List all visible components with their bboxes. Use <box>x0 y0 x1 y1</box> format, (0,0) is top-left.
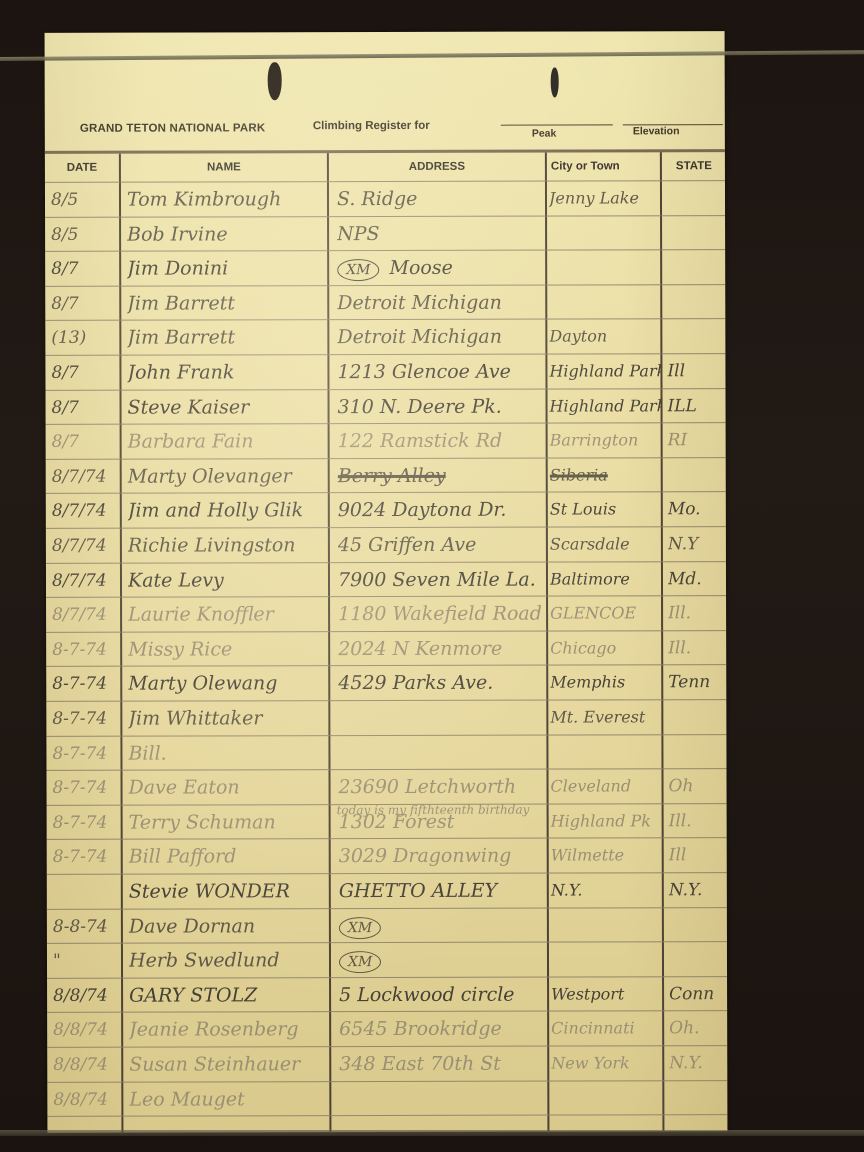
entry-date: 8/7 <box>51 255 119 283</box>
entry-address: XM <box>339 946 549 975</box>
entry-name: Bill Pafford <box>129 843 329 872</box>
entry-date: 8/8/74 <box>53 1051 121 1079</box>
entry-address: Detroit Michigan <box>337 288 547 317</box>
entry-name: Jim Whittaker <box>128 704 328 733</box>
entry-city <box>549 219 661 247</box>
entry-address: 45 Griffen Ave <box>338 531 548 560</box>
entry-name: Dave Eaton <box>129 773 329 802</box>
entry-name: Tom Kimbrough <box>127 185 327 214</box>
entry-address: XM <box>339 911 549 940</box>
entry-name: Marty Olewang <box>128 670 328 699</box>
entry-name: Jim and Holly Glik <box>128 497 328 526</box>
entry-date: 8-7-74 <box>53 774 121 802</box>
entry-state: Ill. <box>668 599 724 627</box>
entry-name: Steve Kaiser <box>128 393 328 422</box>
register-entry: 8/7Jim DoniniXMMoose <box>45 249 725 285</box>
entry-name: Jeanie Rosenberg <box>129 1016 329 1045</box>
entry-date: 8/5 <box>51 220 119 248</box>
entry-state: Oh <box>668 772 724 800</box>
column-header-name: NAME <box>121 153 327 182</box>
entry-city: Chicago <box>550 634 662 662</box>
entry-address: Berry Alley <box>338 461 548 490</box>
register-entry: 8/7/74Marty OlevangerBerry AlleySiberia <box>46 457 726 493</box>
entry-name: Kate Levy <box>128 566 328 595</box>
register-entry: 8-7-74Terry Schuman1302 ForestHighland P… <box>47 803 727 839</box>
register-entry: 8-7-74Missy Rice2024 N KenmoreChicagoIll… <box>46 630 726 666</box>
entry-state <box>669 945 725 973</box>
entry-address: NPS <box>337 219 547 248</box>
entry-city: N.Y. <box>551 876 663 904</box>
entry-city: Jenny Lake <box>549 184 661 212</box>
entry-address: 3029 Dragonwing <box>339 842 549 871</box>
entry-address: 4529 Parks Ave. <box>338 669 548 698</box>
entry-address: 9024 Daytona Dr. <box>338 496 548 525</box>
entry-name: GARY STOLZ <box>129 981 329 1010</box>
elevation-label: Elevation <box>633 125 680 137</box>
entry-name: Marty Olevanger <box>128 462 328 491</box>
entry-address: 310 N. Deere Pk. <box>338 392 548 421</box>
entry-state: Conn <box>669 980 725 1008</box>
entry-address: 6545 Brookridge <box>339 1015 549 1044</box>
entry-address <box>338 738 548 767</box>
register-entry: 8/7/74Laurie Knoffler1180 Wakefield Road… <box>46 595 726 631</box>
entry-date: 8/7 <box>51 359 119 387</box>
register-entry: 8-7-74Bill. <box>46 734 726 770</box>
entry-date: 8/7/74 <box>52 566 120 594</box>
entry-state: Ill <box>669 842 725 870</box>
entry-name: Stevie WONDER <box>129 877 329 906</box>
entry-name: Bob Irvine <box>127 220 327 249</box>
entry-date: 8-7-74 <box>52 705 120 733</box>
register-entry: 8/8/74Susan Steinhauer348 East 70th StNe… <box>47 1045 727 1081</box>
entry-date: 8/8/74 <box>53 981 121 1009</box>
entry-address <box>339 1084 549 1113</box>
entry-city <box>551 1084 663 1112</box>
entry-date: 8-8-74 <box>53 912 121 940</box>
entry-address: 7900 Seven Mile La. <box>338 565 548 594</box>
entry-state: Oh. <box>669 1015 725 1043</box>
entry-city: Cincinnati <box>551 1015 663 1043</box>
entry-city <box>549 288 661 316</box>
entry-date: 8-7-74 <box>53 843 121 871</box>
entry-date: " <box>53 947 121 975</box>
punch-hole <box>551 68 559 98</box>
register-entry: 8/7/74Richie Livingston45 Griffen AveSca… <box>46 526 726 562</box>
entry-name: Jim Barrett <box>127 324 327 353</box>
register-header: GRAND TETON NATIONAL PARK Climbing Regis… <box>45 111 725 149</box>
entry-state <box>667 288 723 316</box>
entry-address: S. Ridge <box>337 185 547 214</box>
entry-address: GHETTO ALLEY <box>339 877 549 906</box>
entry-state <box>669 911 725 939</box>
circled-badge: XM <box>337 259 379 281</box>
entry-address: 5 Lockwood circle <box>339 980 549 1009</box>
entry-name: Leo Mauget <box>129 1085 329 1114</box>
entry-date: 8/7 <box>52 428 120 456</box>
entry-city: Dayton <box>549 323 661 351</box>
entry-date: 8/7 <box>52 393 120 421</box>
entry-state: N.Y <box>668 530 724 558</box>
peak-field <box>501 124 613 125</box>
entry-state <box>667 219 723 247</box>
entry-city: Scarsdale <box>550 530 662 558</box>
register-entry: 8/8/74Jeanie Rosenberg6545 BrookridgeCin… <box>47 1010 727 1046</box>
entry-city: Barrington <box>550 426 662 454</box>
circled-badge: XM <box>339 917 381 939</box>
entry-date: (13) <box>51 324 119 352</box>
entry-date: 8/7/74 <box>52 462 120 490</box>
entry-state: N.Y. <box>669 1049 725 1077</box>
entry-state: Ill. <box>668 634 724 662</box>
entry-state <box>669 1084 725 1112</box>
entry-date: 8/5 <box>51 186 119 214</box>
entry-address: 1213 Glencoe Ave <box>337 358 547 387</box>
entry-name: Jim Barrett <box>127 289 327 318</box>
register-entry: 8-7-74Marty Olewang4529 Parks Ave.Memphi… <box>46 665 726 701</box>
entry-date: 8-7-74 <box>52 670 120 698</box>
register-entry: Stevie WONDERGHETTO ALLEYN.Y.N.Y. <box>47 872 727 908</box>
circled-badge: XM <box>339 951 381 973</box>
entry-name: Richie Livingston <box>128 531 328 560</box>
climbing-register-sheet: GRAND TETON NATIONAL PARK Climbing Regis… <box>45 31 728 1133</box>
entry-name: Laurie Knoffler <box>128 600 328 629</box>
entry-date: 8/7/74 <box>52 532 120 560</box>
entry-address: 1180 Wakefield Road <box>338 600 548 629</box>
entry-state <box>667 184 723 212</box>
entry-date: 8-7-74 <box>53 808 121 836</box>
entry-state: RI <box>668 426 724 454</box>
column-header-city: City or Town <box>547 152 663 180</box>
register-entry: 8-7-74Bill Pafford3029 DragonwingWilmett… <box>47 837 727 873</box>
peak-label: Peak <box>532 128 557 140</box>
entry-date: 8/8/74 <box>53 1016 121 1044</box>
entry-name: John Frank <box>127 358 327 387</box>
entry-city: New York <box>551 1049 663 1077</box>
entry-state <box>667 323 723 351</box>
entry-name: Missy Rice <box>128 635 328 664</box>
punch-hole <box>268 62 282 100</box>
entry-state: Mo. <box>668 496 724 524</box>
entry-city: Memphis <box>550 669 662 697</box>
entry-city: St Louis <box>550 496 662 524</box>
entry-state: N.Y. <box>669 876 725 904</box>
entry-date: 8-7-74 <box>52 635 120 663</box>
entry-date: 8/7 <box>51 289 119 317</box>
entry-city <box>550 738 662 766</box>
entry-date: 8/8/74 <box>53 1085 121 1113</box>
entry-address-text: Moose <box>389 257 452 279</box>
register-entry: 8/7John Frank1213 Glencoe AveHighland Pa… <box>45 353 725 389</box>
entry-city <box>549 253 661 281</box>
register-entry: 8-8-74Dave DornanXM <box>47 907 727 943</box>
entry-city <box>551 911 663 939</box>
entry-state <box>668 703 724 731</box>
entry-date: 8/7/74 <box>52 497 120 525</box>
entry-city: Mt. Everest <box>550 703 662 731</box>
register-entry: 8/7Barbara Fain122 Ramstick RdBarrington… <box>46 422 726 458</box>
entry-city: Baltimore <box>550 565 662 593</box>
entry-city: Highland Park <box>549 357 661 385</box>
register-entry: 8/8/74GARY STOLZ5 Lockwood circleWestpor… <box>47 976 727 1012</box>
register-for-label: Climbing Register for <box>313 120 430 132</box>
entry-state: ILL <box>668 392 724 420</box>
entry-address: 122 Ramstick Rd <box>338 427 548 456</box>
entry-address: Detroit Michigan <box>337 323 547 352</box>
entry-city: Siberia <box>550 461 662 489</box>
entry-name: Terry Schuman <box>129 808 329 837</box>
entry-note: today is my fifthteenth birthday <box>337 795 667 824</box>
entry-state <box>668 738 724 766</box>
entry-name: Herb Swedlund <box>129 946 329 975</box>
column-header-address: ADDRESS <box>329 153 545 182</box>
register-entry: 8/7/74Kate Levy7900 Seven Mile La.Baltim… <box>46 561 726 597</box>
register-entry: 8/5Tom KimbroughS. RidgeJenny Lake <box>45 180 725 216</box>
entry-address: XMMoose <box>337 254 547 283</box>
entry-state: Ill. <box>669 807 725 835</box>
entry-state: Tenn <box>668 669 724 697</box>
entry-name: Bill. <box>128 739 328 768</box>
register-entry: (13)Jim BarrettDetroit MichiganDayton <box>45 319 725 355</box>
entry-state <box>667 253 723 281</box>
entry-city: Highland Park <box>550 392 662 420</box>
entry-name: Dave Dornan <box>129 912 329 941</box>
entry-name: Susan Steinhauer <box>129 1050 329 1079</box>
entry-name: Barbara Fain <box>128 427 328 456</box>
register-entry: 8/7/74Jim and Holly Glik9024 Daytona Dr.… <box>46 492 726 528</box>
register-entry: "Herb SwedlundXM <box>47 941 727 977</box>
register-entry: 8/7Steve Kaiser310 N. Deere Pk.Highland … <box>45 388 725 424</box>
entry-city: Westport <box>551 980 663 1008</box>
entry-address: 348 East 70th St <box>339 1050 549 1079</box>
register-table: DATE NAME ADDRESS City or Town STATE 8/5… <box>45 149 728 1134</box>
entry-state <box>668 461 724 489</box>
entry-city <box>551 945 663 973</box>
entry-address: 2024 N Kenmore <box>338 634 548 663</box>
entry-city: GLENCOE <box>550 599 662 627</box>
bottom-rail <box>0 1130 864 1136</box>
register-entry: 8-7-74Jim WhittakerMt. Everest <box>46 699 726 735</box>
register-entry: 8/8/74Leo Mauget <box>47 1080 727 1116</box>
park-title: GRAND TETON NATIONAL PARK <box>80 122 266 134</box>
entry-date <box>53 878 121 906</box>
entry-city: Wilmette <box>551 842 663 870</box>
entry-name: Jim Donini <box>127 254 327 283</box>
column-header-state: STATE <box>663 152 725 180</box>
entry-state: Md. <box>668 565 724 593</box>
register-entry: 8/7Jim BarrettDetroit Michigan <box>45 284 725 320</box>
entry-state: Ill <box>667 357 723 385</box>
entry-date: 8/7/74 <box>52 601 120 629</box>
entry-address <box>338 704 548 733</box>
column-header-date: DATE <box>45 154 119 182</box>
register-entry: 8/5Bob IrvineNPS <box>45 215 725 251</box>
entry-date: 8-7-74 <box>52 739 120 767</box>
